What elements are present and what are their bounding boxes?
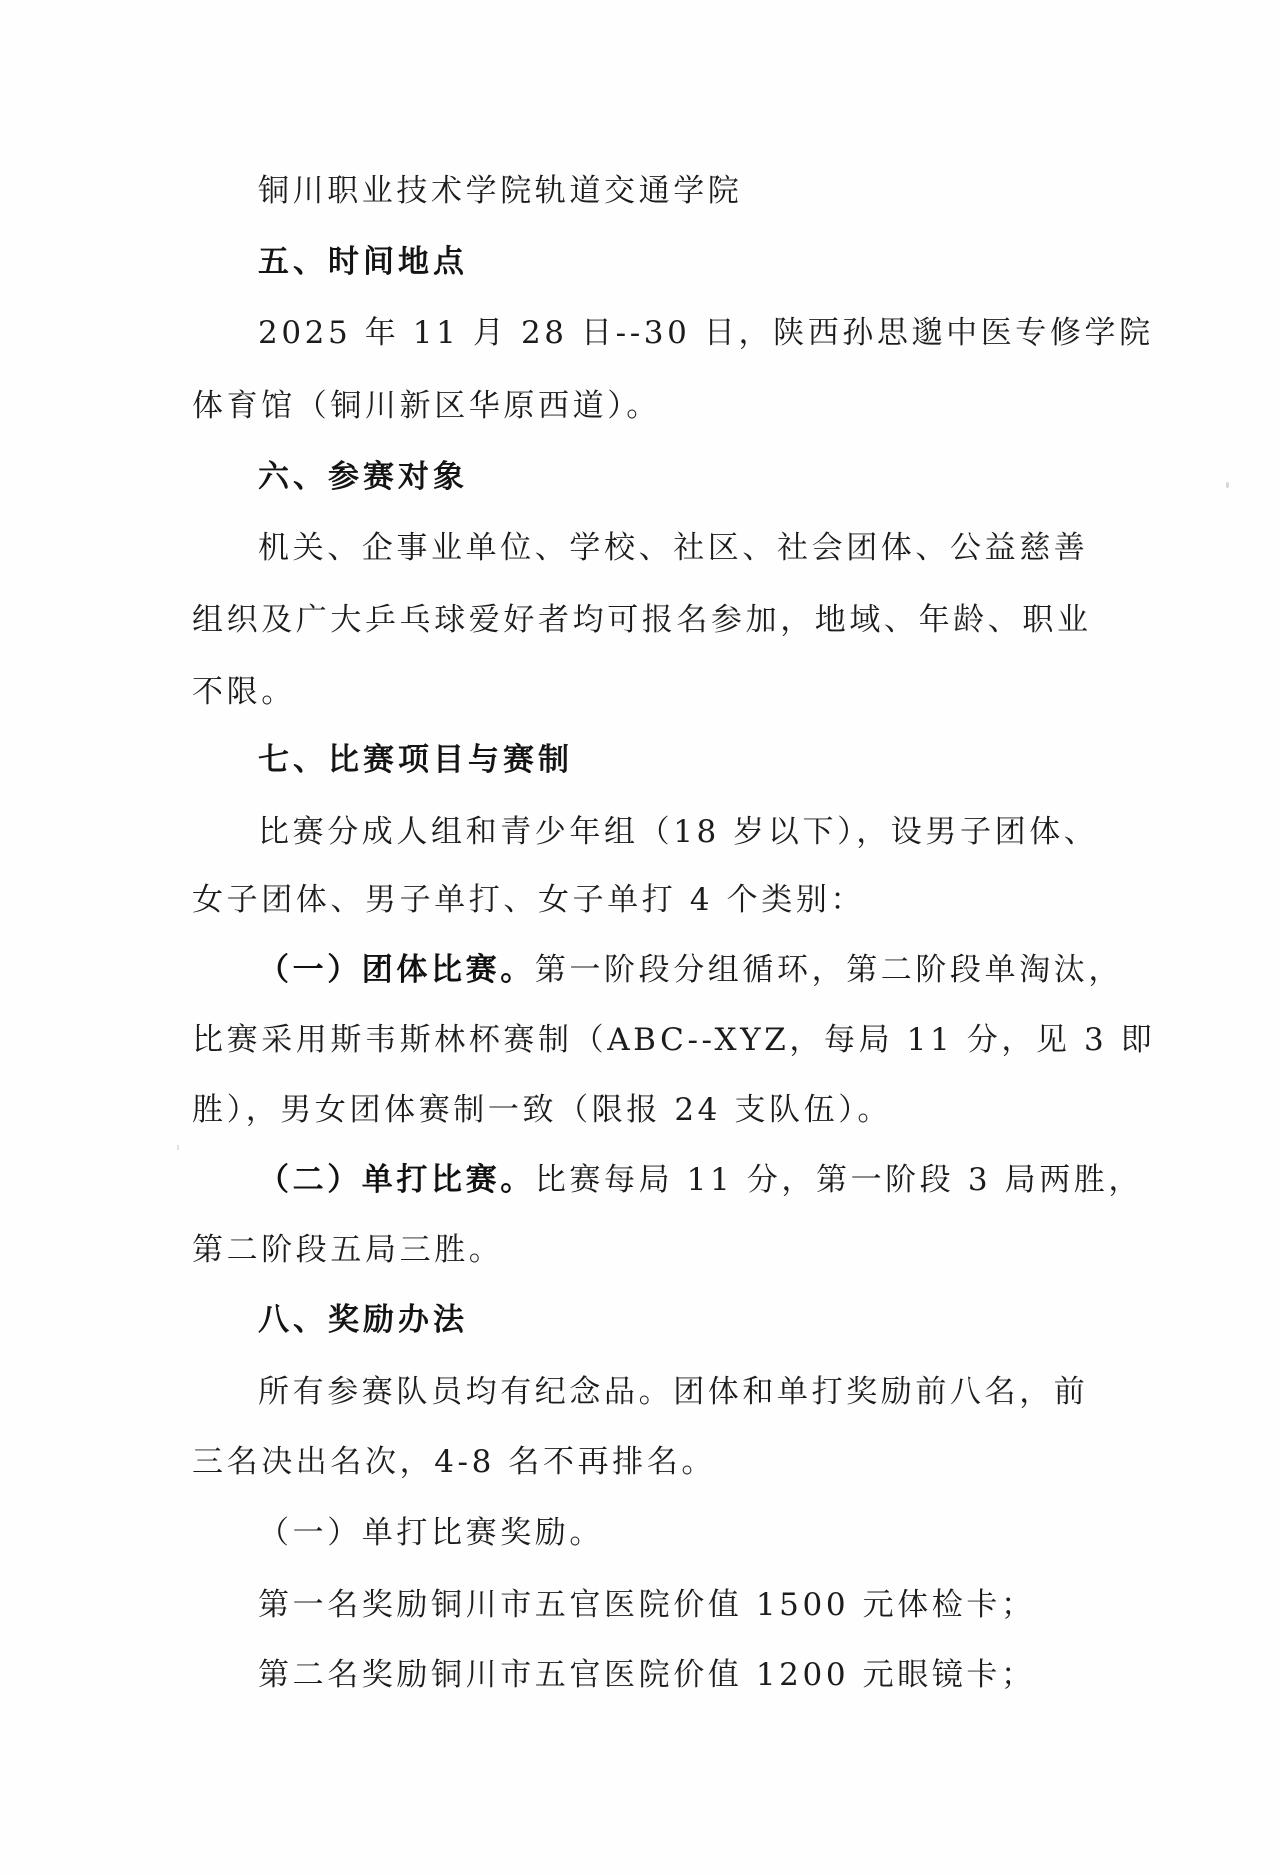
section-heading-awards: 八、奖励办法 <box>258 1300 1178 1340</box>
singles-awards-title: （一）单打比赛奖励。 <box>258 1513 1178 1553</box>
participants-line-2: 组织及广大乒乓球爱好者均可报名参加，地域、年龄、职业 <box>192 600 1112 640</box>
participants-line-3: 不限。 <box>192 672 1112 712</box>
time-place-line-2: 体育馆（铜川新区华原西道）。 <box>192 386 1112 426</box>
singles-competition-text: 比赛每局 11 分，第一阶段 3 局两胜， <box>535 1162 1143 1198</box>
section-heading-events: 七、比赛项目与赛制 <box>258 740 1178 780</box>
prize-second-place: 第二名奖励铜川市五官医院价值 1200 元眼镜卡； <box>258 1655 1178 1695</box>
events-line-1: 比赛分成人组和青少年组（18 岁以下），设男子团体、 <box>258 812 1178 852</box>
organizer-line: 铜川职业技术学院轨道交通学院 <box>258 171 1178 211</box>
awards-general-line-1: 所有参赛队员均有纪念品。团体和单打奖励前八名，前 <box>258 1372 1178 1412</box>
scan-speck <box>177 1145 179 1150</box>
team-competition-line-2: 比赛采用斯韦斯林杯赛制（ABC--XYZ，每局 11 分，见 3 即 <box>192 1020 1112 1060</box>
events-line-2: 女子团体、男子单打、女子单打 4 个类别： <box>192 880 1112 920</box>
team-competition-lead: （一）团体比赛。 <box>258 952 535 988</box>
singles-competition-line-1: （二）单打比赛。比赛每局 11 分，第一阶段 3 局两胜， <box>258 1160 1178 1200</box>
participants-line-1: 机关、企事业单位、学校、社区、社会团体、公益慈善 <box>258 528 1178 568</box>
awards-general-line-2: 三名决出名次，4-8 名不再排名。 <box>192 1442 1112 1482</box>
document-page: 铜川职业技术学院轨道交通学院 五、时间地点 2025 年 11 月 28 日--… <box>0 0 1280 1875</box>
scan-speck <box>1226 482 1229 488</box>
singles-competition-lead: （二）单打比赛。 <box>258 1162 535 1198</box>
prize-first-place: 第一名奖励铜川市五官医院价值 1500 元体检卡； <box>258 1585 1178 1625</box>
time-place-line-1: 2025 年 11 月 28 日--30 日，陕西孙思邈中医专修学院 <box>258 313 1178 353</box>
section-heading-participants: 六、参赛对象 <box>258 457 1178 497</box>
team-competition-line-3: 胜），男女团体赛制一致（限报 24 支队伍）。 <box>192 1090 1112 1130</box>
singles-competition-line-2: 第二阶段五局三胜。 <box>192 1230 1112 1270</box>
section-heading-time-place: 五、时间地点 <box>258 242 1178 282</box>
team-competition-line-1: （一）团体比赛。第一阶段分组循环，第二阶段单淘汰， <box>258 950 1178 990</box>
team-competition-text: 第一阶段分组循环，第二阶段单淘汰， <box>535 952 1123 988</box>
